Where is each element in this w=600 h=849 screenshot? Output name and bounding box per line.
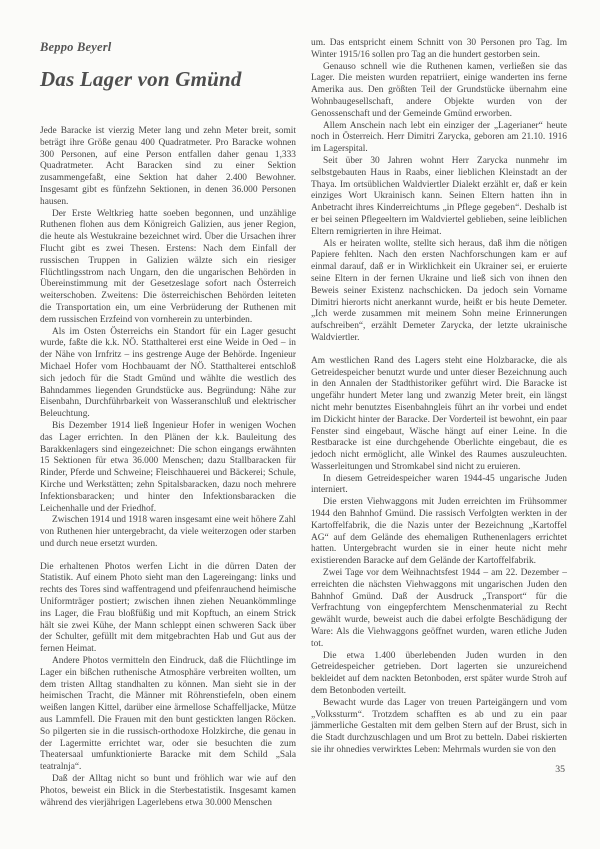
left-column-text: Jede Baracke ist vierzig Meter lang und … xyxy=(40,126,296,809)
paragraph: Die etwa 1.400 überlebenden Juden wurden… xyxy=(311,651,567,698)
paragraph: Der Erste Weltkrieg hatte soeben begonne… xyxy=(40,209,296,327)
paragraph: Als er heiraten wollte, stellte sich her… xyxy=(311,239,567,345)
paragraph: Zwei Tage vor dem Weihnachtsfest 1944 – … xyxy=(311,568,567,651)
paragraph: Bis Dezember 1914 ließ Ingenieur Hofer i… xyxy=(40,421,296,515)
paragraph: In diesem Getreidespeicher waren 1944-45… xyxy=(311,474,567,498)
paragraph: Jede Baracke ist vierzig Meter lang und … xyxy=(40,126,296,209)
page-number: 35 xyxy=(311,764,567,775)
paragraph: um. Das entspricht einem Schnitt von 30 … xyxy=(311,38,567,62)
right-column-text: um. Das entspricht einem Schnitt von 30 … xyxy=(311,38,567,757)
paragraph: Daß der Alltag nicht so bunt und fröhlic… xyxy=(40,774,296,809)
page-title: Das Lager von Gmünd xyxy=(40,67,296,92)
paragraph: Genauso schnell wie die Ruthenen kamen, … xyxy=(311,62,567,121)
two-column-layout: Beppo Beyerl Das Lager von Gmünd Jede Ba… xyxy=(40,38,567,809)
paragraph: Zwischen 1914 und 1918 waren insgesamt e… xyxy=(40,515,296,550)
paragraph: Andere Photos vermitteln den Eindruck, d… xyxy=(40,656,296,774)
paragraph: Die ersten Viehwaggons mit Juden erreich… xyxy=(311,497,567,568)
paragraph: Am westlichen Rand des Lagers steht eine… xyxy=(311,356,567,474)
paragraph: Bewacht wurde das Lager von treuen Parte… xyxy=(311,698,567,757)
left-column: Beppo Beyerl Das Lager von Gmünd Jede Ba… xyxy=(40,38,296,809)
document-page: Beppo Beyerl Das Lager von Gmünd Jede Ba… xyxy=(0,0,600,849)
article-header: Beppo Beyerl Das Lager von Gmünd xyxy=(40,40,296,92)
author-name: Beppo Beyerl xyxy=(40,40,296,55)
paragraph: Als im Osten Österreichs ein Standort fü… xyxy=(40,327,296,421)
right-column: um. Das entspricht einem Schnitt von 30 … xyxy=(311,38,567,809)
paragraph: Die erhaltenen Photos werfen Licht in di… xyxy=(40,562,296,656)
paragraph: Allem Anschein nach lebt ein einziger de… xyxy=(311,121,567,156)
paragraph: Seit über 30 Jahren wohnt Herr Zarycka n… xyxy=(311,156,567,239)
